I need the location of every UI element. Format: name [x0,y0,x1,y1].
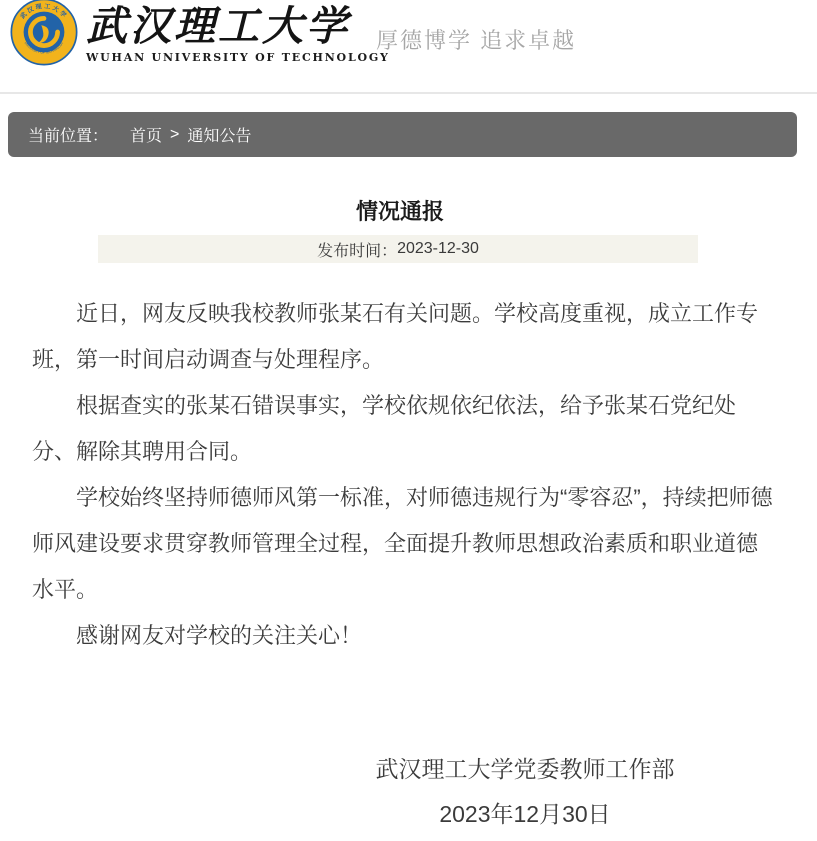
article-signature: 武汉理工大学党委教师工作部 2023年12月30日 [275,747,775,837]
signature-organization: 武汉理工大学党委教师工作部 [275,747,775,792]
publish-date-value: 2023-12-30 [397,240,479,258]
article-paragraph: 学校始终坚持师德师风第一标准，对师德违规行为“零容忍”，持续把师德师风建设要求贯… [32,475,775,613]
breadcrumb: 当前位置： 首页 > 通知公告 [8,112,797,157]
article-paragraph: 感谢网友对学校的关注关心！ [32,613,775,659]
site-header: 武汉理工大学 UNIVERSITY OF TECHNOLOGY 武汉理工大学 W… [0,0,817,94]
article-body: 近日，网友反映我校教师张某石有关问题。学校高度重视，成立工作专班，第一时间启动调… [32,291,775,659]
signature-date: 2023年12月30日 [275,792,775,837]
article-title: 情况通报 [0,197,800,227]
university-name-link[interactable]: 武汉理工大学 WUHAN UNIVERSITY OF TECHNOLOGY [86,2,390,64]
university-name-en: WUHAN UNIVERSITY OF TECHNOLOGY [86,51,390,64]
publish-date-label: 发布时间： [317,238,397,261]
publish-date-bar: 发布时间： 2023-12-30 [98,235,698,263]
breadcrumb-current-link[interactable]: 通知公告 [187,123,251,146]
university-slogan: 厚德博学 追求卓越 [376,24,576,55]
article-paragraph: 根据查实的张某石错误事实，学校依规依纪依法，给予张某石党纪处分、解除其聘用合同。 [32,383,775,475]
university-logo-icon[interactable]: 武汉理工大学 UNIVERSITY OF TECHNOLOGY [10,0,78,66]
article-paragraph: 近日，网友反映我校教师张某石有关问题。学校高度重视，成立工作专班，第一时间启动调… [32,291,775,383]
breadcrumb-separator: > [170,126,179,144]
breadcrumb-home-link[interactable]: 首页 [130,123,162,146]
university-name-zh: 武汉理工大学 [86,2,390,50]
breadcrumb-label: 当前位置： [28,123,108,146]
